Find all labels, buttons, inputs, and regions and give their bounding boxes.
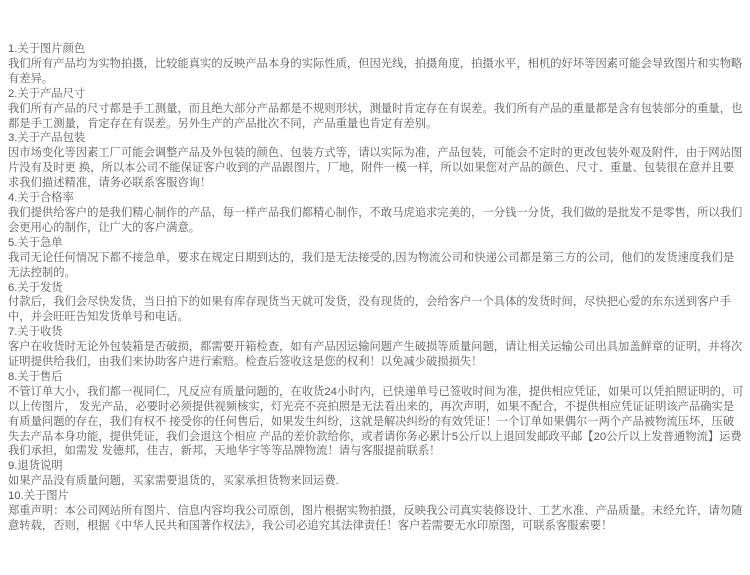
disclaimer-text-block: 1.关于图片颜色 我们所有产品均为实物拍摄，比较能真实的反映产品本身的实际性质，…: [0, 0, 750, 534]
product-notice-screenshot: 1.关于图片颜色 我们所有产品均为实物拍摄，比较能真实的反映产品本身的实际性质，…: [0, 0, 750, 575]
section-title: 2.关于产品尺寸: [8, 87, 745, 102]
section-title: 1.关于图片颜色: [8, 42, 745, 57]
section-title: 7.关于收货: [8, 325, 745, 340]
section-body: 客户在收货时无论外包装箱是否破损，都需要开箱检查，如有产品因运输问题产生破损等质…: [8, 340, 745, 370]
section-body: 不管订单大小，我们都一视同仁，凡反应有质量问题的，在收货24小时内，已快递单号已…: [8, 385, 745, 460]
section-images-copyright: 10.关于图片 郑重声明：本公司网站所有图片、信息内容均我公司原创，图片根据实物…: [8, 489, 745, 534]
section-title: 5.关于急单: [8, 236, 745, 251]
section-pass-rate: 4.关于合格率 我们提供给客户的是我们精心制作的产品，每一样产品我们都精心制作，…: [8, 191, 745, 236]
section-body: 郑重声明：本公司网站所有图片、信息内容均我公司原创，图片根据实物拍摄，反映我公司…: [8, 504, 745, 534]
section-title: 8.关于售后: [8, 370, 745, 385]
section-product-size: 2.关于产品尺寸 我们所有产品的尺寸都是手工测量，而且绝大部分产品都是不规则形状…: [8, 87, 745, 132]
section-title: 9.退货说明: [8, 459, 745, 474]
section-body: 付款后，我们会尽快发货，当日拍下的如果有库存现货当天就可发货，没有现货的，会给客…: [8, 295, 745, 325]
section-receiving: 7.关于收货 客户在收货时无论外包装箱是否破损，都需要开箱检查，如有产品因运输问…: [8, 325, 745, 370]
section-after-sales: 8.关于售后 不管订单大小，我们都一视同仁，凡反应有质量问题的，在收货24小时内…: [8, 370, 745, 459]
section-body: 我司无论任何情况下都不接急单，要求在规定日期到达的，我们是无法接受的,因为物流公…: [8, 251, 745, 281]
section-body: 我们所有产品的尺寸都是手工测量，而且绝大部分产品都是不规则形状，测量时肯定存在有…: [8, 102, 745, 132]
section-title: 6.关于发货: [8, 281, 745, 296]
section-body: 如果产品没有质量问题，买家需要退货的，买家承担货物来回运费.: [8, 474, 745, 489]
section-shipping: 6.关于发货 付款后，我们会尽快发货，当日拍下的如果有库存现货当天就可发货，没有…: [8, 281, 745, 326]
section-title: 10.关于图片: [8, 489, 745, 504]
section-returns: 9.退货说明 如果产品没有质量问题，买家需要退货的，买家承担货物来回运费.: [8, 459, 745, 489]
section-body: 因市场变化等因素工厂可能会调整产品及外包装的颜色、包装方式等，请以实际为准，产品…: [8, 146, 745, 191]
section-image-color: 1.关于图片颜色 我们所有产品均为实物拍摄，比较能真实的反映产品本身的实际性质，…: [8, 42, 745, 87]
section-product-packaging: 3.关于产品包装 因市场变化等因素工厂可能会调整产品及外包装的颜色、包装方式等，…: [8, 131, 745, 191]
section-rush-orders: 5.关于急单 我司无论任何情况下都不接急单，要求在规定日期到达的，我们是无法接受…: [8, 236, 745, 281]
section-body: 我们所有产品均为实物拍摄，比较能真实的反映产品本身的实际性质，但因光线，拍摄角度…: [8, 57, 745, 87]
section-title: 3.关于产品包装: [8, 131, 745, 146]
section-body: 我们提供给客户的是我们精心制作的产品，每一样产品我们都精心制作，不敢马虎追求完美…: [8, 206, 745, 236]
section-title: 4.关于合格率: [8, 191, 745, 206]
